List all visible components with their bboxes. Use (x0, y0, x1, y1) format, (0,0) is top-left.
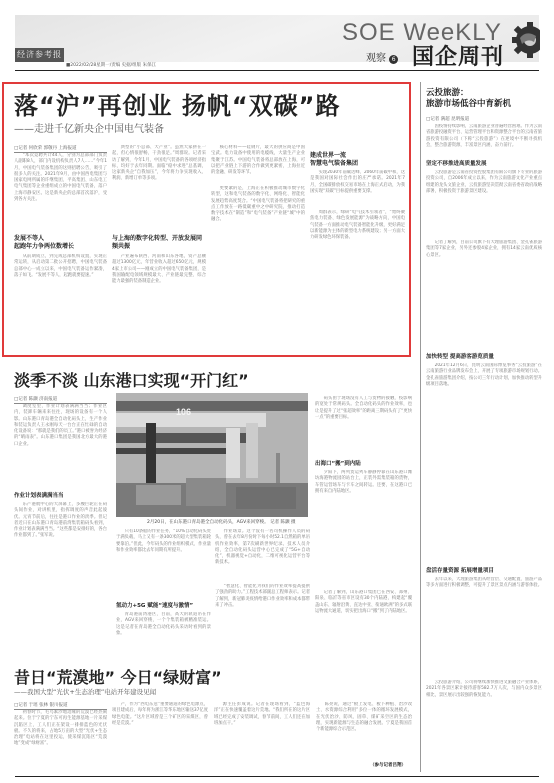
sidebar-subhead2: 加快转型 提高游客游览质量 (426, 353, 494, 361)
page-number-badge: 6 (389, 55, 398, 64)
dateline: ■2022/02/28星期一/责编 史据/组版 朱保江 (66, 62, 156, 68)
article3-col4: 陈亮说，通过“板上发电、板下种植、治沙改土、水资源综合利用”多位一体的循环发展模… (316, 702, 412, 762)
article2-col1: 调度室里，作业计划表满满当当；作业区内，装卸车辆来来往往，现场的设备有一个人影。… (14, 404, 107, 486)
article3-credit: （参与记者吕翔） (370, 762, 406, 770)
sidebar-p6: 云投旅游介绍，公司将继续加快推进文旅融合产业体系，2021年各景区累计接待游客5… (426, 680, 542, 768)
sidebar-subhead1: 坚定不移推进高质量发展 (426, 160, 487, 168)
sidebar-p1: 因疫情持续影响，云南旅游企业普遍经营困难。作为云南省旅游投融资平台、运营管理平台… (426, 124, 542, 156)
article2-col4c: 记者了解到，山东港口集团已在西安、郑州、阳泉、临沂等省市区设有30个内陆港，构建… (315, 590, 412, 650)
article1-subhead3: 与上海的数字化转型、开放发展同频共振 (112, 235, 206, 251)
article1-col2: 典型的“小总部、大产业”。虽然大家拼在一起，但心情很舒畅，干劲很足。”周群说。记… (112, 145, 206, 233)
sidebar-title: 云投旅游： 旅游市场低谷中育新机 (426, 88, 511, 110)
article1-headline: 落“沪”再创业 扬帆“双碳”路 (14, 86, 340, 121)
article1-byline: □记者 何欣荣 郭敬丹 上海报道 (14, 145, 107, 153)
article1-col3: 核心材料——硅钢片，最大的供应商是中国宝武。电力设备中使用的电缆线，大量生产企业… (211, 145, 305, 185)
article1-subheadline: ——走进千亿新央企中国电气装备 (14, 120, 164, 135)
sidebar-p5: 去年以来，大理旅游集团从经营层、交通配置、旅游产品等多方面进行积极调整，可提升了… (426, 577, 542, 677)
article2-col1b: 东产港航中心的大屏幕上，多艘巨轮正在码头间作业，对讲机里，指挥调度的声音此起彼伏… (14, 502, 107, 650)
article2-col2b: 青岛港前湾港区，目前，高大的轨道吊在作业，AGV来回穿梭，一个个集装箱被精准装运… (116, 612, 211, 650)
sidebar-subhead3: 盘活存量资源 拓展增量项目 (426, 567, 494, 575)
article2-subhead2: 氢动力+5G 赋能“速度与激情” (116, 602, 193, 610)
article2-byline: □记者 陈灏 济南报道 (14, 396, 107, 404)
sidebar-p4: 2021年12月6日，昆明云南国际博览事务“云投旅游”在云南旅游行业品牌发布会上… (426, 363, 542, 528)
article1-col1: “本次竞聘共计44人，分别为总部部门负责人副职8人，部门内设机构负责人7人……”… (14, 153, 107, 233)
gear-icon (506, 20, 540, 60)
crane-illustration: 106 (116, 393, 308, 517)
article3-byline: □记者 于瑶 张林 银川报道 (14, 702, 107, 710)
article2-col4: 码头由于现场没有人工与货物的接触，疫影响的宽处于常规码头。全自动化码头的作业效率… (315, 396, 412, 456)
photo-caption: 2月20日，在山东港口青岛港全自动化码头，AGV来回穿梭。 记者 陈灏 摄 (147, 519, 295, 525)
article1-col3b: 更要紧的是，上海正在积极推动城市数字化转型，这和电气装备的数字化、网络化、智能化… (211, 186, 305, 352)
sidebar-p3: 记者了解到，目前公司旗下有大理旅游集团、金孔雀旅游集团等7家企业，另外还参股4家… (426, 240, 542, 330)
article3-col3: 源主任彭成说。记者在现场看到，“蓝色海洋”正在快速覆盖着这片荒地。“我们所在的这… (214, 702, 310, 768)
article3-headline: 昔日“荒漠地” 今日“绿财富” (14, 665, 222, 688)
port-photo: 106 (116, 393, 308, 517)
sidebar-p2: 云投旅游是云南省投资控股集团有限公司旗下专业的旅游投资公司，自2006年成立以来… (426, 170, 542, 240)
article2-col4b: 夕阳下，两列货运列车静静停靠在山东港口潍坊海港物流园的站台上，正装外需集装箱的货… (315, 470, 412, 590)
article1-col1b: 从前期成立，到完成总部机构设置，实现正常运转，从启动第二批公开招聘，中国电气装备… (14, 254, 107, 352)
sidebar-byline: □记者 满超 昆明报道 (426, 116, 469, 123)
section-label: 观察 6 (366, 49, 398, 64)
sidebar-divider (420, 82, 421, 772)
article2-col3: 作业场景。这个没有一名司机操作人员的码头，曾在去年8月份时下每小时52.1自然箱… (215, 529, 310, 584)
article1-col2b: 产业遍布陕西、河南和山东各地，资产总额超过1300亿元，年营业收入超过650亿元… (112, 254, 206, 352)
svg-text:106: 106 (176, 407, 191, 417)
article2-col2: 只有10条船的作业任务，“10%自动化码头处于满负载，马上又有一条300米的超大… (116, 529, 211, 559)
article1-subhead2: 发展不等人 起跑年力争两位数增长 (14, 235, 107, 251)
article3-col2: 产，作为“西电东送”重要通道的绿色电源点，项目建成后，每年将为浙江等华东地区输送… (112, 702, 208, 768)
article2-col3b: “智慧化、智能化为我们的作业效率提高提供了强劲的助力。”工程技术部副总工程师表示… (215, 584, 310, 650)
masthead-divider (15, 70, 539, 71)
article2-subhead1: 作业计划表满满当当 (14, 492, 64, 500)
newspaper-logo: 经济参考报 (15, 48, 64, 62)
article2-headline: 淡季不淡 山东港口实现“开门红” (14, 368, 249, 391)
article1-col4b: 周群表示，绿研“电气技术引领者”，“始终聚焦电力装备、绿色发展能源”为战略方向，… (310, 210, 405, 352)
bottom-rule (15, 776, 539, 777)
brand-chinese: 国企周刊 (412, 40, 504, 71)
article1-col4-subhead: 建成世界一流 智慧电气装备集团 (310, 152, 405, 168)
article3-col1: 初春时节，毛乌素沙地边缘的荒漠已经热闹起来。位于宁夏的宁东可再生能源基地一片采煤… (14, 710, 107, 768)
article1-col4: 实现2030年前碳达峰、2060年前碳中和，这是我国对国际社会作出的庄严承诺。2… (310, 170, 405, 208)
article2-subhead3: 出海口“搬”到内陆 (315, 460, 361, 468)
article3-subheadline: ——我国大型“光伏+生态治理”电站开年建设见闻 (14, 687, 156, 696)
